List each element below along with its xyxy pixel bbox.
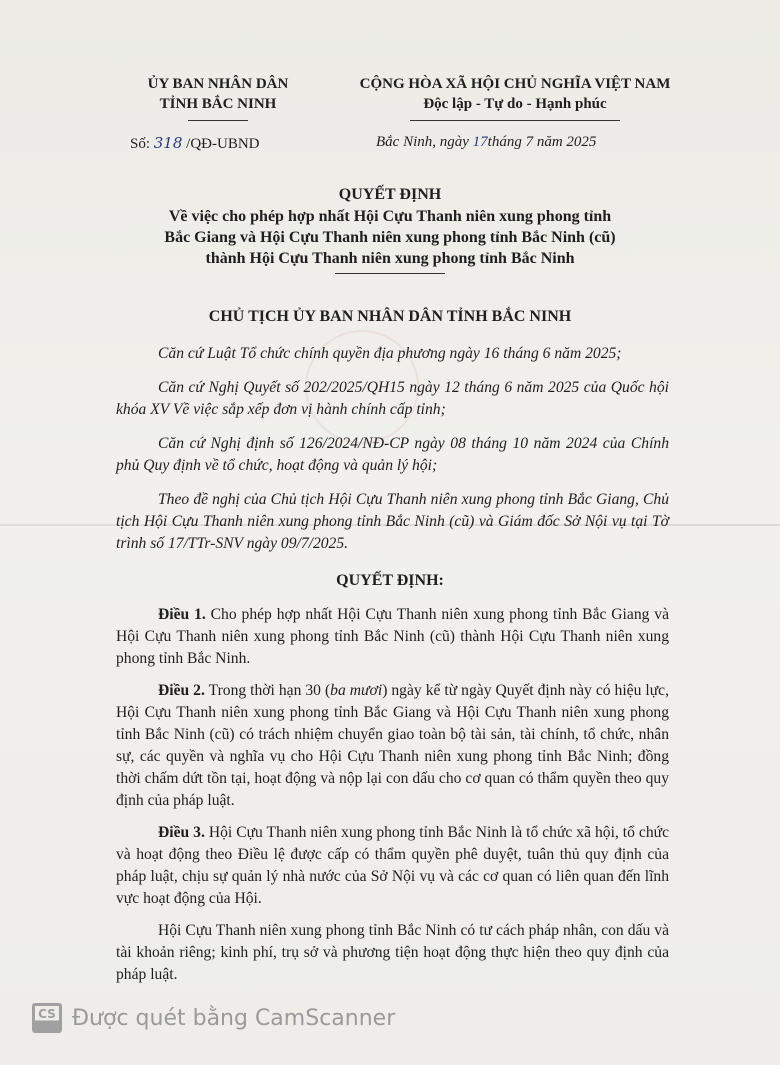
- article-3: Điều 3. Hội Cựu Thanh niên xung phong tỉ…: [116, 822, 669, 910]
- title-underline: [335, 273, 445, 274]
- document-title: QUYẾT ĐỊNH Về việc cho phép hợp nhất Hội…: [0, 184, 780, 274]
- preamble-item: Căn cứ Luật Tổ chức chính quyền địa phươ…: [116, 343, 669, 365]
- handwritten-day: 17: [473, 134, 488, 150]
- camscanner-watermark: CS Được quét bằng CamScanner: [32, 1003, 395, 1033]
- issuer-heading: CHỦ TỊCH ỦY BAN NHÂN DÂN TỈNH BẮC NINH: [0, 308, 780, 326]
- title-line2: Bắc Giang và Hội Cựu Thanh niên xung pho…: [0, 227, 780, 248]
- preamble: Căn cứ Luật Tổ chức chính quyền địa phươ…: [116, 343, 669, 555]
- articles: Điều 1. Cho phép hợp nhất Hội Cựu Thanh …: [116, 604, 669, 986]
- decision-heading: QUYẾT ĐỊNH:: [0, 572, 780, 590]
- title-line1: Về việc cho phép hợp nhất Hội Cựu Thanh …: [0, 206, 780, 227]
- title-heading: QUYẾT ĐỊNH: [0, 184, 780, 206]
- preamble-item: Căn cứ Nghị Quyết số 202/2025/QH15 ngày …: [116, 377, 669, 421]
- motto-underline: [410, 120, 620, 121]
- country-name: CỘNG HÒA XÃ HỘI CHỦ NGHĨA VIỆT NAM: [330, 74, 700, 94]
- agency-name-line1: ỦY BAN NHÂN DÂN: [118, 74, 318, 94]
- document-date: Bắc Ninh, ngày 17tháng 7 năm 2025: [376, 134, 596, 151]
- document-number: Số: 318 /QĐ-UBND: [130, 134, 260, 153]
- motto: Độc lập - Tự do - Hạnh phúc: [330, 94, 700, 114]
- document-header: ỦY BAN NHÂN DÂN TỈNH BẮC NINH CỘNG HÒA X…: [0, 74, 780, 164]
- preamble-item: Căn cứ Nghị định số 126/2024/NĐ-CP ngày …: [116, 433, 669, 477]
- article-3-paragraph-2: Hội Cựu Thanh niên xung phong tỉnh Bắc N…: [116, 920, 669, 986]
- title-line3: thành Hội Cựu Thanh niên xung phong tỉnh…: [0, 248, 780, 269]
- agency-underline: [188, 120, 248, 121]
- agency-name-line2: TỈNH BẮC NINH: [118, 94, 318, 114]
- article-2: Điều 2. Trong thời hạn 30 (ba mươi) ngày…: [116, 680, 669, 812]
- watermark-text: Được quét bằng CamScanner: [72, 1006, 395, 1031]
- article-1: Điều 1. Cho phép hợp nhất Hội Cựu Thanh …: [116, 604, 669, 670]
- handwritten-number: 318: [154, 134, 183, 152]
- camscanner-icon: CS: [32, 1003, 62, 1033]
- preamble-item: Theo đề nghị của Chủ tịch Hội Cựu Thanh …: [116, 489, 669, 555]
